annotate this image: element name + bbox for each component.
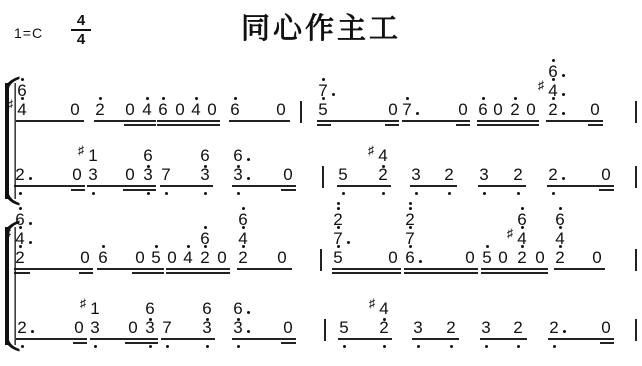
augmentation-dot	[247, 330, 250, 333]
note-numeral: 3	[197, 166, 213, 183]
rest-numeral: 0	[587, 101, 603, 118]
barline	[300, 101, 302, 123]
note-numeral: 5	[330, 249, 346, 266]
beam-line	[481, 268, 548, 270]
note-numeral: 5	[335, 166, 351, 183]
note-numeral: 4	[139, 101, 155, 118]
beam-line	[16, 120, 84, 122]
rest-numeral: 0	[132, 249, 148, 266]
octave-dot-below	[382, 192, 385, 195]
beam-line-16th	[71, 189, 85, 191]
beam-line-16th	[317, 124, 331, 126]
note-numeral: 3	[87, 319, 103, 336]
note-numeral: 6	[142, 300, 158, 317]
octave-dot-above	[521, 207, 524, 210]
rest-numeral: 0	[125, 319, 141, 336]
beam-line-16th	[281, 189, 296, 191]
octave-dot-below	[92, 192, 95, 195]
beam-line	[232, 185, 296, 187]
octave-dot-below	[206, 345, 209, 348]
note-numeral: 5	[148, 249, 164, 266]
note-numeral: 7	[399, 101, 415, 118]
note-numeral: 6	[235, 211, 251, 228]
page-title: 同心作主工	[0, 6, 642, 47]
system-bracket	[2, 220, 20, 352]
rest-numeral: 0	[273, 101, 289, 118]
augmentation-dot	[562, 93, 565, 96]
octave-dot-below	[166, 345, 169, 348]
beam-line-16th	[385, 124, 399, 126]
note-numeral: 3	[476, 166, 492, 183]
barline	[635, 101, 637, 123]
rest-numeral: 0	[77, 249, 93, 266]
note-numeral: 1	[85, 147, 101, 164]
rest-numeral: 0	[69, 166, 85, 183]
augmentation-dot	[563, 330, 566, 333]
note-numeral: 2	[376, 319, 392, 336]
note-numeral: 2	[375, 166, 391, 183]
rest-numeral: 0	[532, 249, 548, 266]
beam-line	[94, 120, 156, 122]
beam-line-16th	[124, 124, 156, 126]
octave-dot-above	[337, 202, 340, 205]
octave-dot-above	[162, 97, 165, 100]
octave-dot-above	[482, 97, 485, 100]
rest-numeral: 0	[589, 249, 605, 266]
augmentation-dot	[29, 177, 32, 180]
rest-numeral: 0	[71, 319, 87, 336]
octave-dot-below	[517, 345, 520, 348]
beam-line	[332, 268, 401, 270]
beam-line-16th	[281, 342, 296, 344]
beam-line	[410, 185, 457, 187]
octave-dot-above	[322, 78, 325, 81]
note-numeral: 7	[159, 319, 175, 336]
beam-line-16th	[481, 272, 548, 274]
beam-line-16th	[588, 124, 603, 126]
octave-dot-below	[485, 345, 488, 348]
octave-dot-below	[237, 192, 240, 195]
beam-line-16th	[79, 272, 93, 274]
augmentation-dot	[29, 241, 32, 244]
note-numeral: 2	[546, 319, 562, 336]
sheet-music-page: 同心作主工 1=C 4 4 4♯6020460406057070602024♯6…	[0, 0, 642, 366]
rest-numeral: 0	[122, 101, 138, 118]
barline	[635, 319, 637, 341]
octave-dot-above	[242, 207, 245, 210]
note-numeral: 7	[330, 230, 346, 247]
note-numeral: 3	[85, 166, 101, 183]
augmentation-dot	[419, 260, 422, 263]
beam-line	[412, 338, 459, 340]
rest-numeral: 0	[598, 166, 614, 183]
octave-dot-below	[237, 318, 240, 321]
beam-line	[14, 185, 85, 187]
augmentation-dot	[347, 241, 350, 244]
note-numeral: 1	[87, 300, 103, 317]
octave-dot-below	[417, 345, 420, 348]
note-numeral: 2	[514, 249, 530, 266]
augmentation-dot	[31, 330, 34, 333]
system-bracket	[2, 76, 20, 206]
beam-line	[478, 185, 526, 187]
barline	[635, 166, 637, 188]
octave-dot-below	[383, 318, 386, 321]
octave-dot-below	[517, 192, 520, 195]
note-numeral: 2	[330, 211, 346, 228]
octave-dot-below	[147, 165, 150, 168]
octave-dot-above	[559, 207, 562, 210]
octave-dot-above	[406, 97, 409, 100]
octave-dot-above	[155, 245, 158, 248]
beam-line	[237, 268, 292, 270]
note-numeral: 2	[402, 211, 418, 228]
augmentation-dot	[562, 112, 565, 115]
note-numeral: 3	[410, 319, 426, 336]
augmentation-dot	[247, 311, 250, 314]
octave-dot-above	[204, 226, 207, 229]
octave-dot-below	[204, 192, 207, 195]
note-numeral: 4	[514, 230, 530, 247]
note-numeral: 3	[478, 319, 494, 336]
beam-line	[548, 338, 614, 340]
rest-numeral: 0	[495, 249, 511, 266]
note-numeral: 6	[230, 300, 246, 317]
note-numeral: 6	[545, 63, 561, 80]
octave-dot-below	[149, 345, 152, 348]
octave-dot-below	[237, 345, 240, 348]
octave-dot-below	[149, 318, 152, 321]
beam-line	[166, 268, 230, 270]
augmentation-dot	[416, 112, 419, 115]
rest-numeral: 0	[523, 101, 539, 118]
rest-numeral: 0	[67, 101, 83, 118]
octave-dot-above	[409, 202, 412, 205]
note-numeral: 2	[443, 319, 459, 336]
note-numeral: 5	[315, 101, 331, 118]
rest-numeral: 0	[280, 319, 296, 336]
beam-line	[477, 120, 539, 122]
octave-dot-above	[337, 207, 340, 210]
note-numeral: 3	[199, 319, 215, 336]
beam-line	[547, 185, 614, 187]
note-numeral: 4	[376, 300, 392, 317]
key-signature: 1=C	[14, 25, 43, 41]
beam-line-16th	[123, 189, 156, 191]
rest-numeral: 0	[462, 249, 478, 266]
time-signature-denominator: 4	[70, 31, 92, 48]
octave-dot-below	[204, 165, 207, 168]
beam-line	[160, 185, 213, 187]
note-numeral: 7	[158, 166, 174, 183]
rest-numeral: 0	[455, 101, 471, 118]
beam-line	[480, 338, 527, 340]
note-numeral: 2	[235, 249, 251, 266]
rest-numeral: 0	[214, 249, 230, 266]
note-numeral: 7	[402, 230, 418, 247]
note-numeral: 3	[142, 319, 158, 336]
sharp-icon: ♯	[507, 227, 513, 239]
note-numeral: 2	[441, 166, 457, 183]
augmentation-dot	[562, 177, 565, 180]
octave-dot-below	[147, 192, 150, 195]
octave-dot-above	[486, 245, 489, 248]
note-numeral: 2	[510, 166, 526, 183]
rest-numeral: 0	[204, 101, 220, 118]
augmentation-dot	[29, 222, 32, 225]
octave-dot-above	[102, 245, 105, 248]
note-numeral: 4	[180, 249, 196, 266]
note-numeral: 2	[545, 166, 561, 183]
rest-numeral: 0	[280, 166, 296, 183]
octave-dot-above	[195, 97, 198, 100]
octave-dot-above	[514, 97, 517, 100]
rest-numeral: 0	[172, 101, 188, 118]
octave-dot-above	[552, 59, 555, 62]
octave-dot-below	[382, 165, 385, 168]
beam-line	[90, 338, 158, 340]
barline	[322, 166, 324, 188]
barline	[324, 319, 326, 341]
beam-line-16th	[125, 342, 158, 344]
note-numeral: 5	[336, 319, 352, 336]
note-numeral: 3	[408, 166, 424, 183]
note-numeral: 6	[199, 300, 215, 317]
note-numeral: 3	[230, 166, 246, 183]
note-numeral: 6	[514, 211, 530, 228]
note-numeral: 6	[155, 101, 171, 118]
note-numeral: 7	[315, 82, 331, 99]
octave-dot-below	[415, 192, 418, 195]
note-numeral: 6	[197, 230, 213, 247]
note-numeral: 6	[227, 101, 243, 118]
augmentation-dot	[247, 177, 250, 180]
rest-numeral: 0	[385, 249, 401, 266]
octave-dot-above	[187, 245, 190, 248]
beam-line	[16, 338, 87, 340]
note-numeral: 2	[510, 319, 526, 336]
sharp-icon: ♯	[369, 297, 375, 309]
beam-line-16th	[132, 272, 164, 274]
beam-line	[14, 268, 93, 270]
octave-dot-above	[234, 97, 237, 100]
note-numeral: 4	[188, 101, 204, 118]
beam-line	[546, 120, 603, 122]
beam-line-16th	[332, 272, 401, 274]
beam-line-16th	[404, 272, 478, 274]
octave-dot-below	[94, 345, 97, 348]
note-numeral: 4	[235, 230, 251, 247]
time-signature: 4 4	[70, 12, 92, 48]
barline	[320, 249, 322, 271]
note-numeral: 4	[552, 230, 568, 247]
beam-line	[404, 268, 478, 270]
rest-numeral: 0	[490, 101, 506, 118]
beam-line	[97, 268, 164, 270]
note-numeral: 6	[402, 249, 418, 266]
octave-dot-above	[19, 207, 22, 210]
augmentation-dot	[562, 74, 565, 77]
beam-line	[337, 185, 391, 187]
note-numeral: 2	[545, 101, 561, 118]
note-numeral: 2	[197, 249, 213, 266]
rest-numeral: 0	[274, 249, 290, 266]
beam-line	[157, 120, 220, 122]
beam-line	[338, 338, 392, 340]
octave-dot-below	[206, 318, 209, 321]
note-numeral: 3	[140, 166, 156, 183]
beam-line-16th	[477, 124, 539, 126]
time-signature-numerator: 4	[70, 12, 92, 29]
note-numeral: 6	[140, 147, 156, 164]
octave-dot-above	[21, 78, 24, 81]
octave-dot-below	[448, 192, 451, 195]
note-numeral: 6	[475, 101, 491, 118]
augmentation-dot	[247, 158, 250, 161]
beam-line	[317, 120, 399, 122]
octave-dot-below	[483, 192, 486, 195]
beam-line-16th	[600, 342, 614, 344]
sharp-icon: ♯	[368, 144, 374, 156]
octave-dot-above	[409, 207, 412, 210]
note-numeral: 6	[197, 147, 213, 164]
note-numeral: 2	[92, 101, 108, 118]
sharp-icon: ♯	[80, 297, 86, 309]
note-numeral: 5	[479, 249, 495, 266]
beam-line	[402, 120, 470, 122]
octave-dot-below	[343, 345, 346, 348]
octave-dot-below	[237, 165, 240, 168]
augmentation-dot	[332, 93, 335, 96]
sharp-icon: ♯	[538, 79, 544, 91]
beam-line-16th	[166, 272, 230, 274]
rest-numeral: 0	[164, 249, 180, 266]
sharp-icon: ♯	[78, 144, 84, 156]
octave-dot-above	[99, 97, 102, 100]
rest-numeral: 0	[122, 166, 138, 183]
octave-dot-below	[450, 345, 453, 348]
beam-line	[87, 185, 156, 187]
note-numeral: 3	[230, 319, 246, 336]
beam-line-16th	[157, 124, 220, 126]
octave-dot-below	[383, 345, 386, 348]
octave-dot-above	[146, 97, 149, 100]
note-numeral: 4	[375, 147, 391, 164]
note-numeral: 6	[552, 211, 568, 228]
beam-line	[232, 338, 296, 340]
note-numeral: 2	[507, 101, 523, 118]
rest-numeral: 0	[598, 319, 614, 336]
beam-line	[554, 268, 605, 270]
note-numeral: 4	[545, 82, 561, 99]
beam-line	[161, 338, 215, 340]
note-numeral: 6	[95, 249, 111, 266]
beam-line-16th	[599, 189, 614, 191]
beam-line-16th	[456, 124, 470, 126]
beam-line	[229, 120, 290, 122]
beam-line-16th	[73, 342, 87, 344]
note-numeral: 6	[230, 147, 246, 164]
barline	[635, 249, 637, 271]
octave-dot-below	[552, 192, 555, 195]
octave-dot-below	[342, 192, 345, 195]
octave-dot-below	[553, 345, 556, 348]
octave-dot-below	[165, 192, 168, 195]
note-numeral: 2	[552, 249, 568, 266]
octave-dot-below	[21, 345, 24, 348]
